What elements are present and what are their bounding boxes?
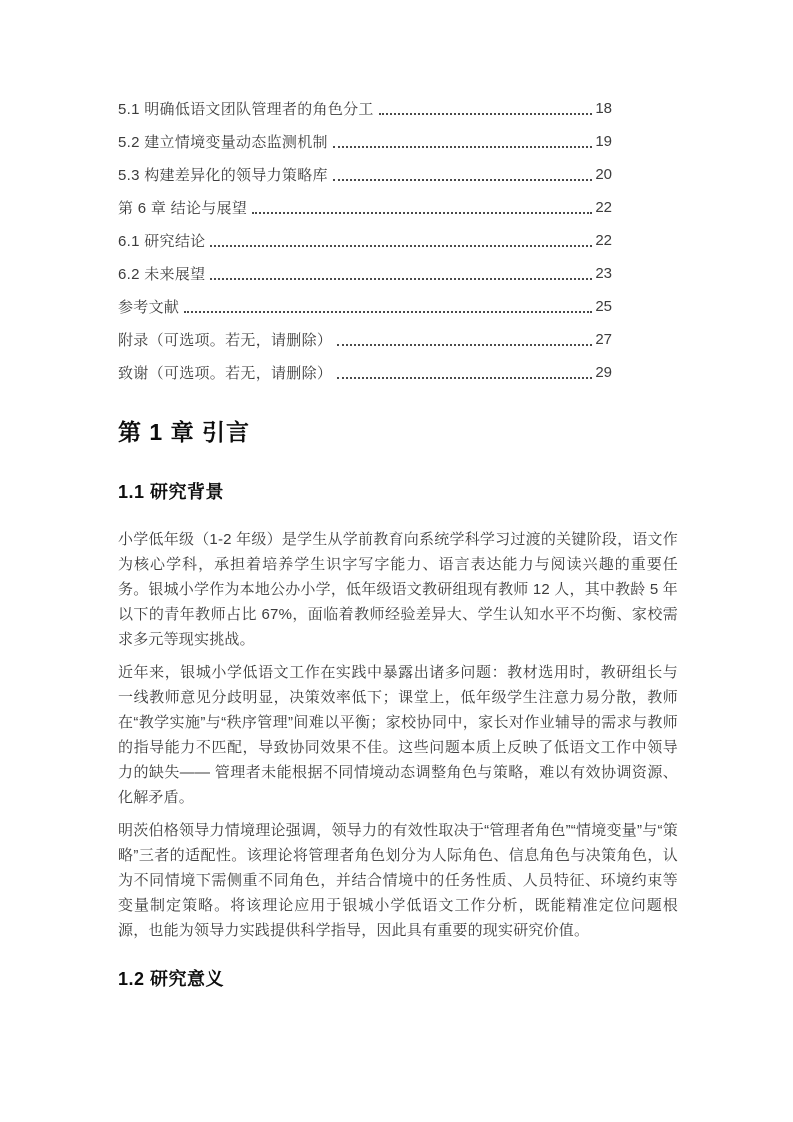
toc-entry-label: 5.2 建立情境变量动态监测机制 [118,131,328,152]
toc-entry-5-2[interactable]: 5.2 建立情境变量动态监测机制 19 [118,125,612,158]
paragraph-research-background-2: 近年来，银城小学低语文工作在实践中暴露出诸多问题：教材选用时，教研组长与一线教师… [118,660,678,810]
toc-entry-5-1[interactable]: 5.1 明确低语文团队管理者的角色分工 18 [118,92,612,125]
section-heading-research-significance: 1.2 研究意义 [118,967,678,991]
toc-entry-label: 5.3 构建差异化的领导力策略库 [118,164,328,185]
toc-entry-label: 5.1 明确低语文团队管理者的角色分工 [118,98,374,119]
toc-entry-appendix[interactable]: 附录（可选项。若无，请删除） 27 [118,323,612,356]
toc-dot-leader [337,344,592,346]
table-of-contents: 5.1 明确低语文团队管理者的角色分工 18 5.2 建立情境变量动态监测机制 … [118,92,612,389]
toc-page-number: 20 [595,166,612,183]
toc-page-number: 22 [595,199,612,216]
toc-page-number: 18 [595,100,612,117]
toc-page-number: 23 [595,265,612,282]
toc-dot-leader [333,179,592,181]
toc-dot-leader [252,212,592,214]
paragraph-research-background-1: 小学低年级（1-2 年级）是学生从学前教育向系统学科学习过渡的关键阶段，语文作为… [118,527,678,652]
toc-entry-references[interactable]: 参考文献 25 [118,290,612,323]
toc-entry-label: 附录（可选项。若无，请删除） [118,329,332,350]
toc-page-number: 25 [595,298,612,315]
toc-entry-6-2[interactable]: 6.2 未来展望 23 [118,257,612,290]
toc-dot-leader [333,146,592,148]
toc-dot-leader [210,245,592,247]
section-heading-research-background: 1.1 研究背景 [118,480,678,504]
toc-page-number: 29 [595,364,612,381]
document-page: 5.1 明确低语文团队管理者的角色分工 18 5.2 建立情境变量动态监测机制 … [118,92,678,991]
toc-dot-leader [210,278,592,280]
toc-entry-label: 6.1 研究结论 [118,230,205,251]
toc-page-number: 19 [595,133,612,150]
chapter-title: 第 1 章 引言 [118,416,678,448]
toc-entry-6-1[interactable]: 6.1 研究结论 22 [118,224,612,257]
toc-entry-chapter-6[interactable]: 第 6 章 结论与展望 22 [118,191,612,224]
toc-entry-label: 致谢（可选项。若无，请删除） [118,362,332,383]
toc-page-number: 27 [595,331,612,348]
toc-dot-leader [379,113,593,115]
toc-dot-leader [184,311,592,313]
paragraph-research-background-3: 明茨伯格领导力情境理论强调，领导力的有效性取决于“管理者角色”“情境变量”与“策… [118,818,678,943]
toc-entry-5-3[interactable]: 5.3 构建差异化的领导力策略库 20 [118,158,612,191]
toc-entry-label: 第 6 章 结论与展望 [118,197,247,218]
toc-entry-acknowledgements[interactable]: 致谢（可选项。若无，请删除） 29 [118,356,612,389]
toc-entry-label: 6.2 未来展望 [118,263,205,284]
toc-entry-label: 参考文献 [118,296,179,317]
toc-dot-leader [337,377,592,379]
toc-page-number: 22 [595,232,612,249]
